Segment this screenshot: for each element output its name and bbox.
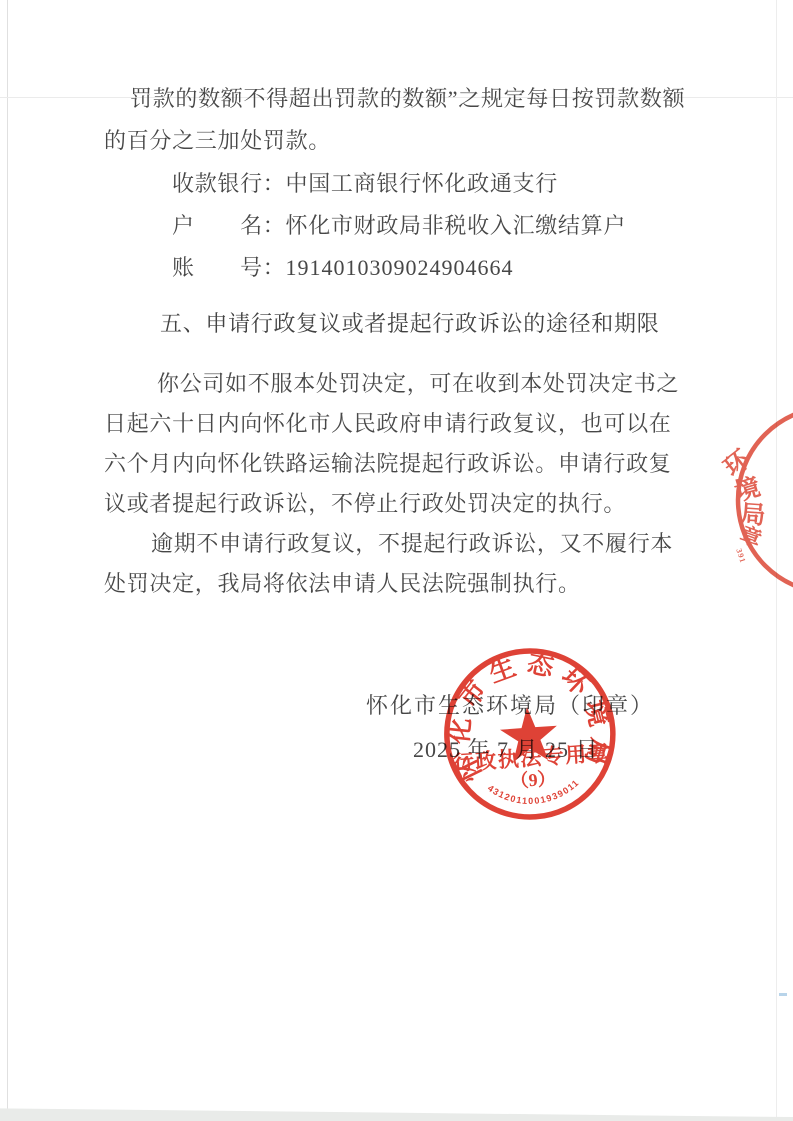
scan-artifact-blue	[779, 993, 787, 996]
body-text-line: 六个月内向怀化铁路运输法院提起行政诉讼。申请行政复	[104, 451, 672, 477]
bank-account-number: 1914010309024904664	[286, 255, 514, 281]
bank-row: 账 号：1914010309024904664	[172, 255, 514, 281]
body-text-line: 逾期不申请行政复议，不提起行政诉讼，又不履行本	[151, 531, 673, 557]
bank-row-label: 账 号：	[172, 255, 286, 281]
body-text-line: 处罚决定，我局将依法申请人民法院强制执行。	[104, 571, 581, 597]
bank-row-value: 怀化市财政局非税收入汇缴结算户	[286, 213, 627, 239]
body-text-line: 议或者提起行政诉讼，不停止行政处罚决定的执行。	[104, 491, 626, 517]
bank-row-label: 户 名：	[172, 213, 286, 239]
body-text-line: 的百分之三加处罚款。	[104, 128, 331, 154]
scan-edge-left	[7, 0, 8, 1121]
body-text-line: 罚款的数额不得超出罚款的数额”之规定每日按罚款数额	[130, 86, 685, 112]
bank-row: 户 名：怀化市财政局非税收入汇缴结算户	[172, 213, 626, 239]
bank-row-label: 收款银行：	[172, 171, 286, 197]
bank-row-value: 中国工商银行怀化政通支行	[286, 171, 558, 197]
scan-edge-bottom	[0, 1103, 793, 1121]
bank-row: 收款银行：中国工商银行怀化政通支行	[172, 171, 558, 197]
body-text-line: 日起六十日内向怀化市人民政府申请行政复议，也可以在	[104, 411, 672, 437]
seal-number: （9）	[510, 768, 556, 791]
edge-seal: 环 境 局 章 391	[696, 404, 793, 599]
official-seal: 怀化市生态环境局 行政执法专用章 （9） 4312011001939011	[435, 639, 625, 833]
section-heading: 五、申请行政复议或者提起行政诉讼的途径和期限	[160, 311, 659, 337]
document-page: 罚款的数额不得超出罚款的数额”之规定每日按罚款数额 的百分之三加处罚款。 收款银…	[0, 0, 793, 1121]
body-text-line: 你公司如不服本处罚决定，可在收到本处罚决定书之	[157, 371, 679, 397]
